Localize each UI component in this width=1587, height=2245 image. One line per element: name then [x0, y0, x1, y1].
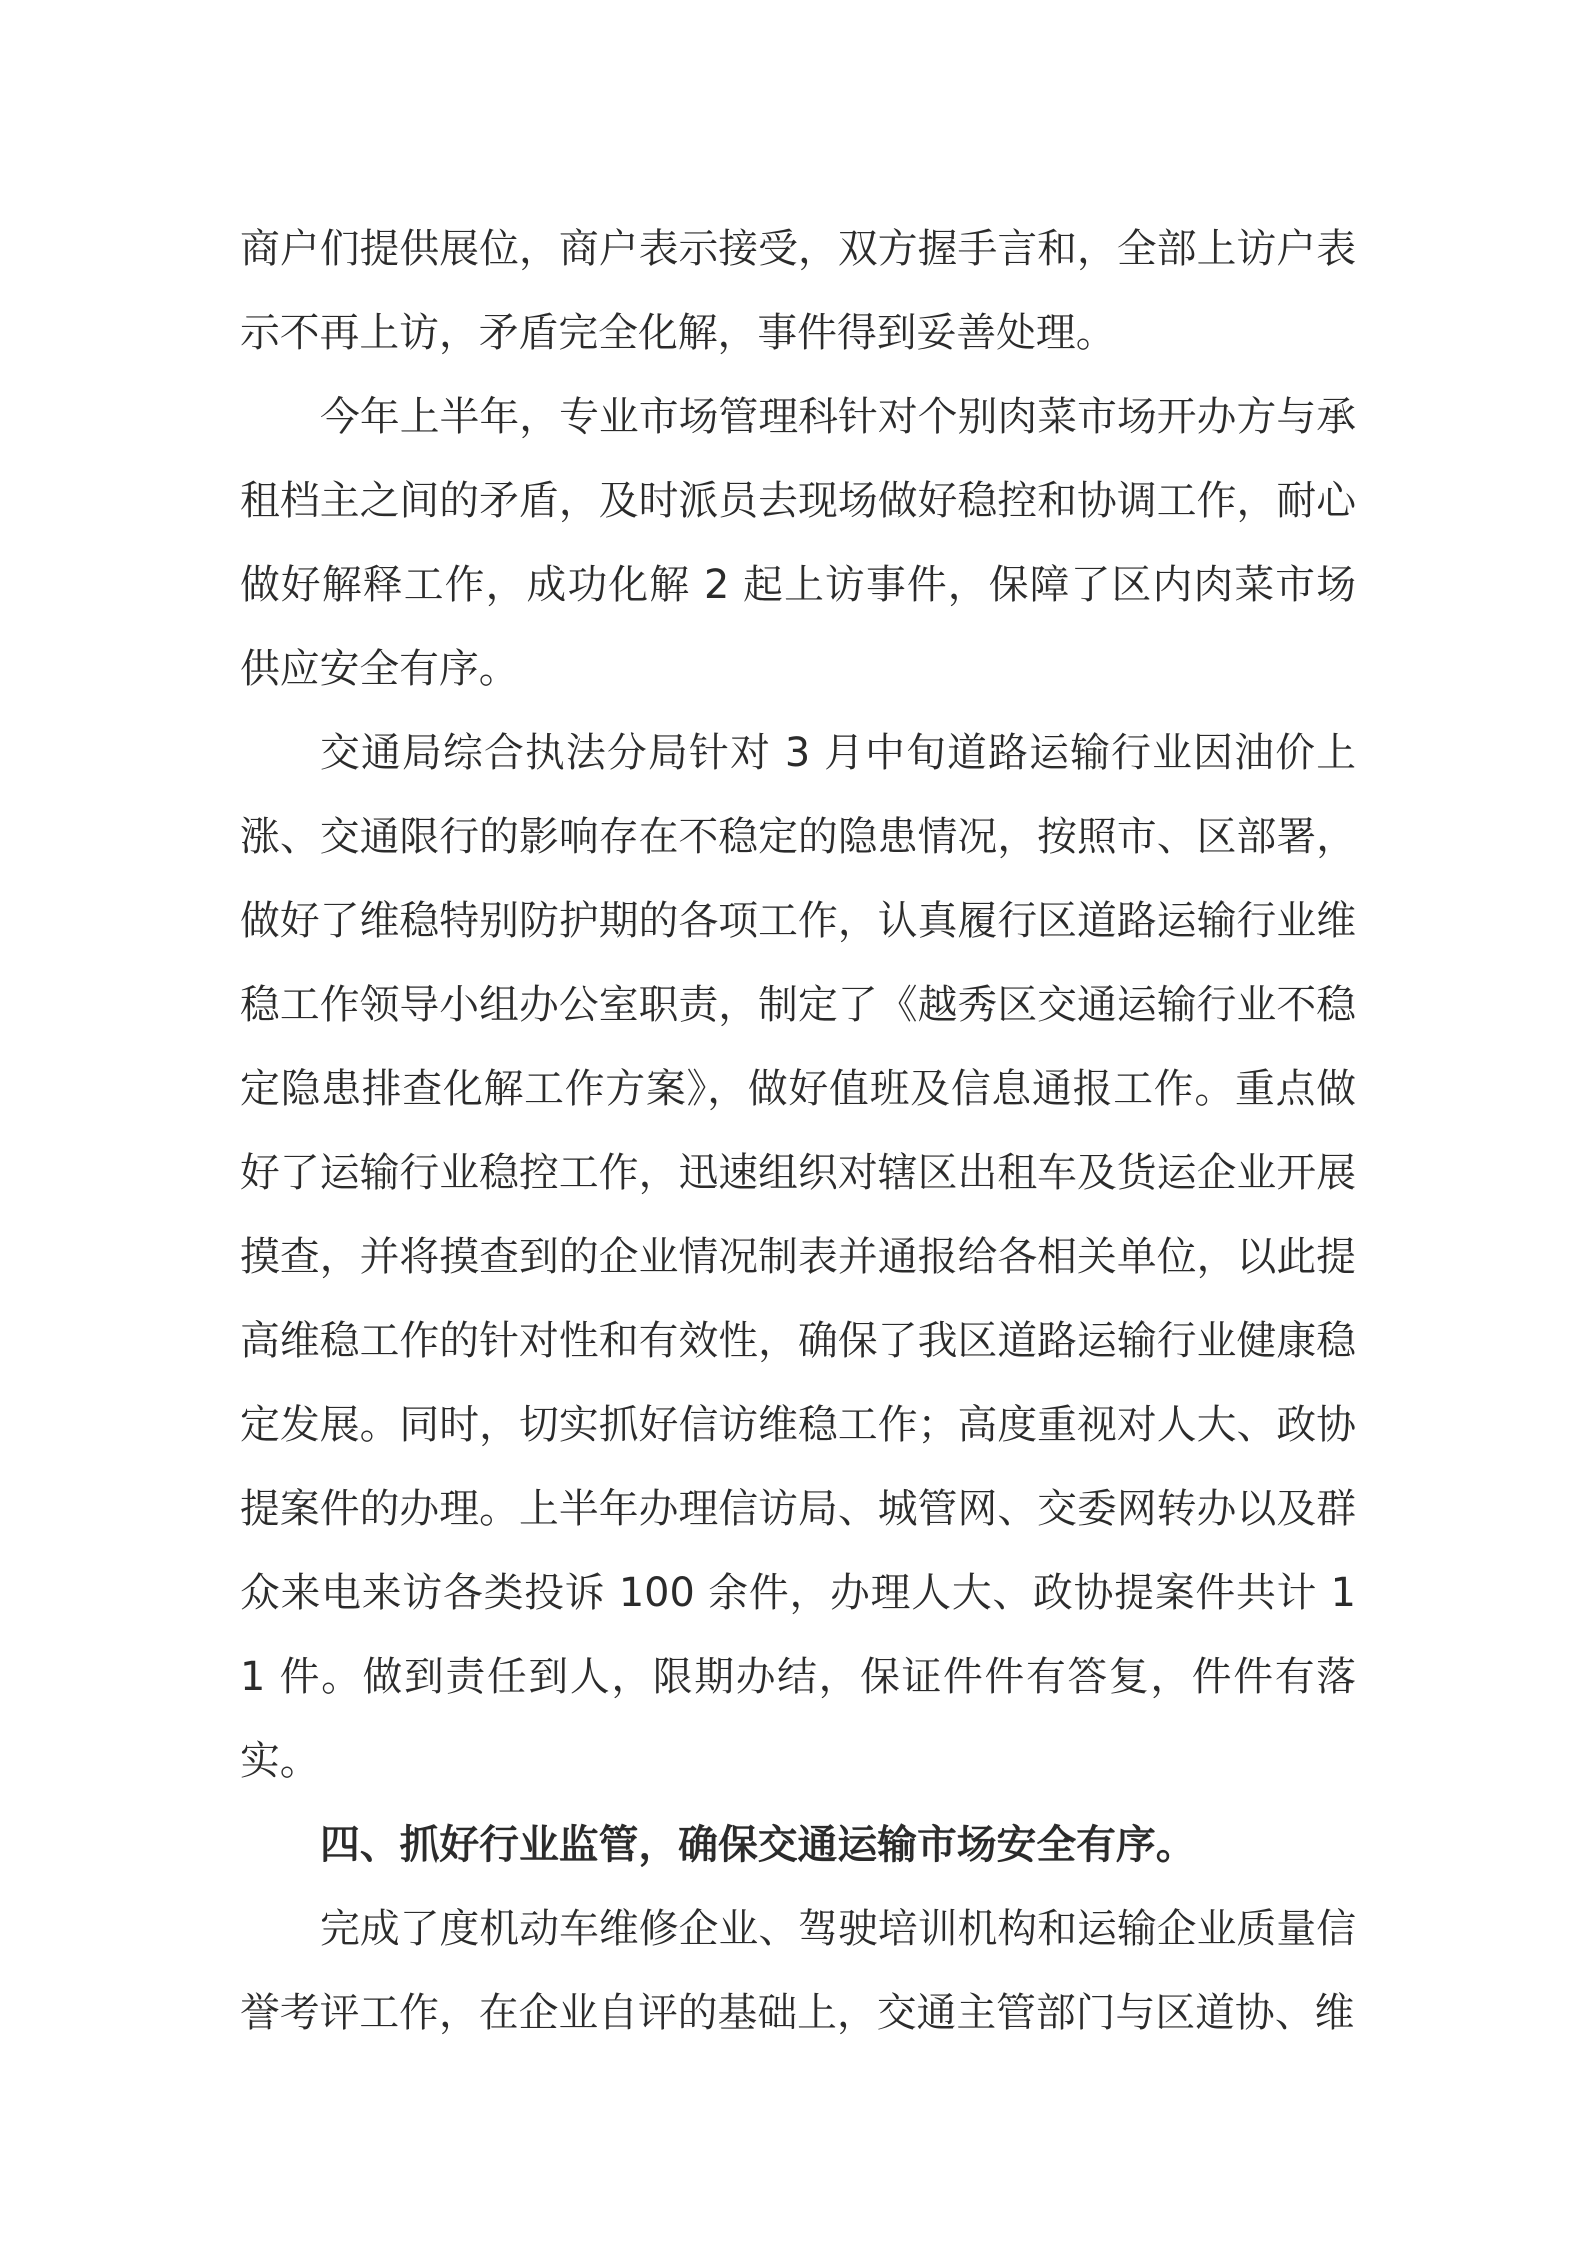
paragraph-transport-enforcement: 交通局综合执法分局针对 3 月中旬道路运输行业因油价上涨、交通限行的影响存在不稳… [240, 711, 1356, 1803]
paragraph-continuation: 商户们提供展位，商户表示接受，双方握手言和，全部上访户表示不再上访，矛盾完全化解… [240, 207, 1356, 375]
paragraph-market-management: 今年上半年，专业市场管理科针对个别肉菜市场开办方与承租档主之间的矛盾，及时派员去… [240, 375, 1356, 711]
document-page: 商户们提供展位，商户表示接受，双方握手言和，全部上访户表示不再上访，矛盾完全化解… [240, 207, 1356, 2055]
section-heading-4: 四、抓好行业监管，确保交通运输市场安全有序。 [240, 1803, 1356, 1887]
paragraph-credit-evaluation: 完成了度机动车维修企业、驾驶培训机构和运输企业质量信誉考评工作，在企业自评的基础… [240, 1887, 1356, 2055]
